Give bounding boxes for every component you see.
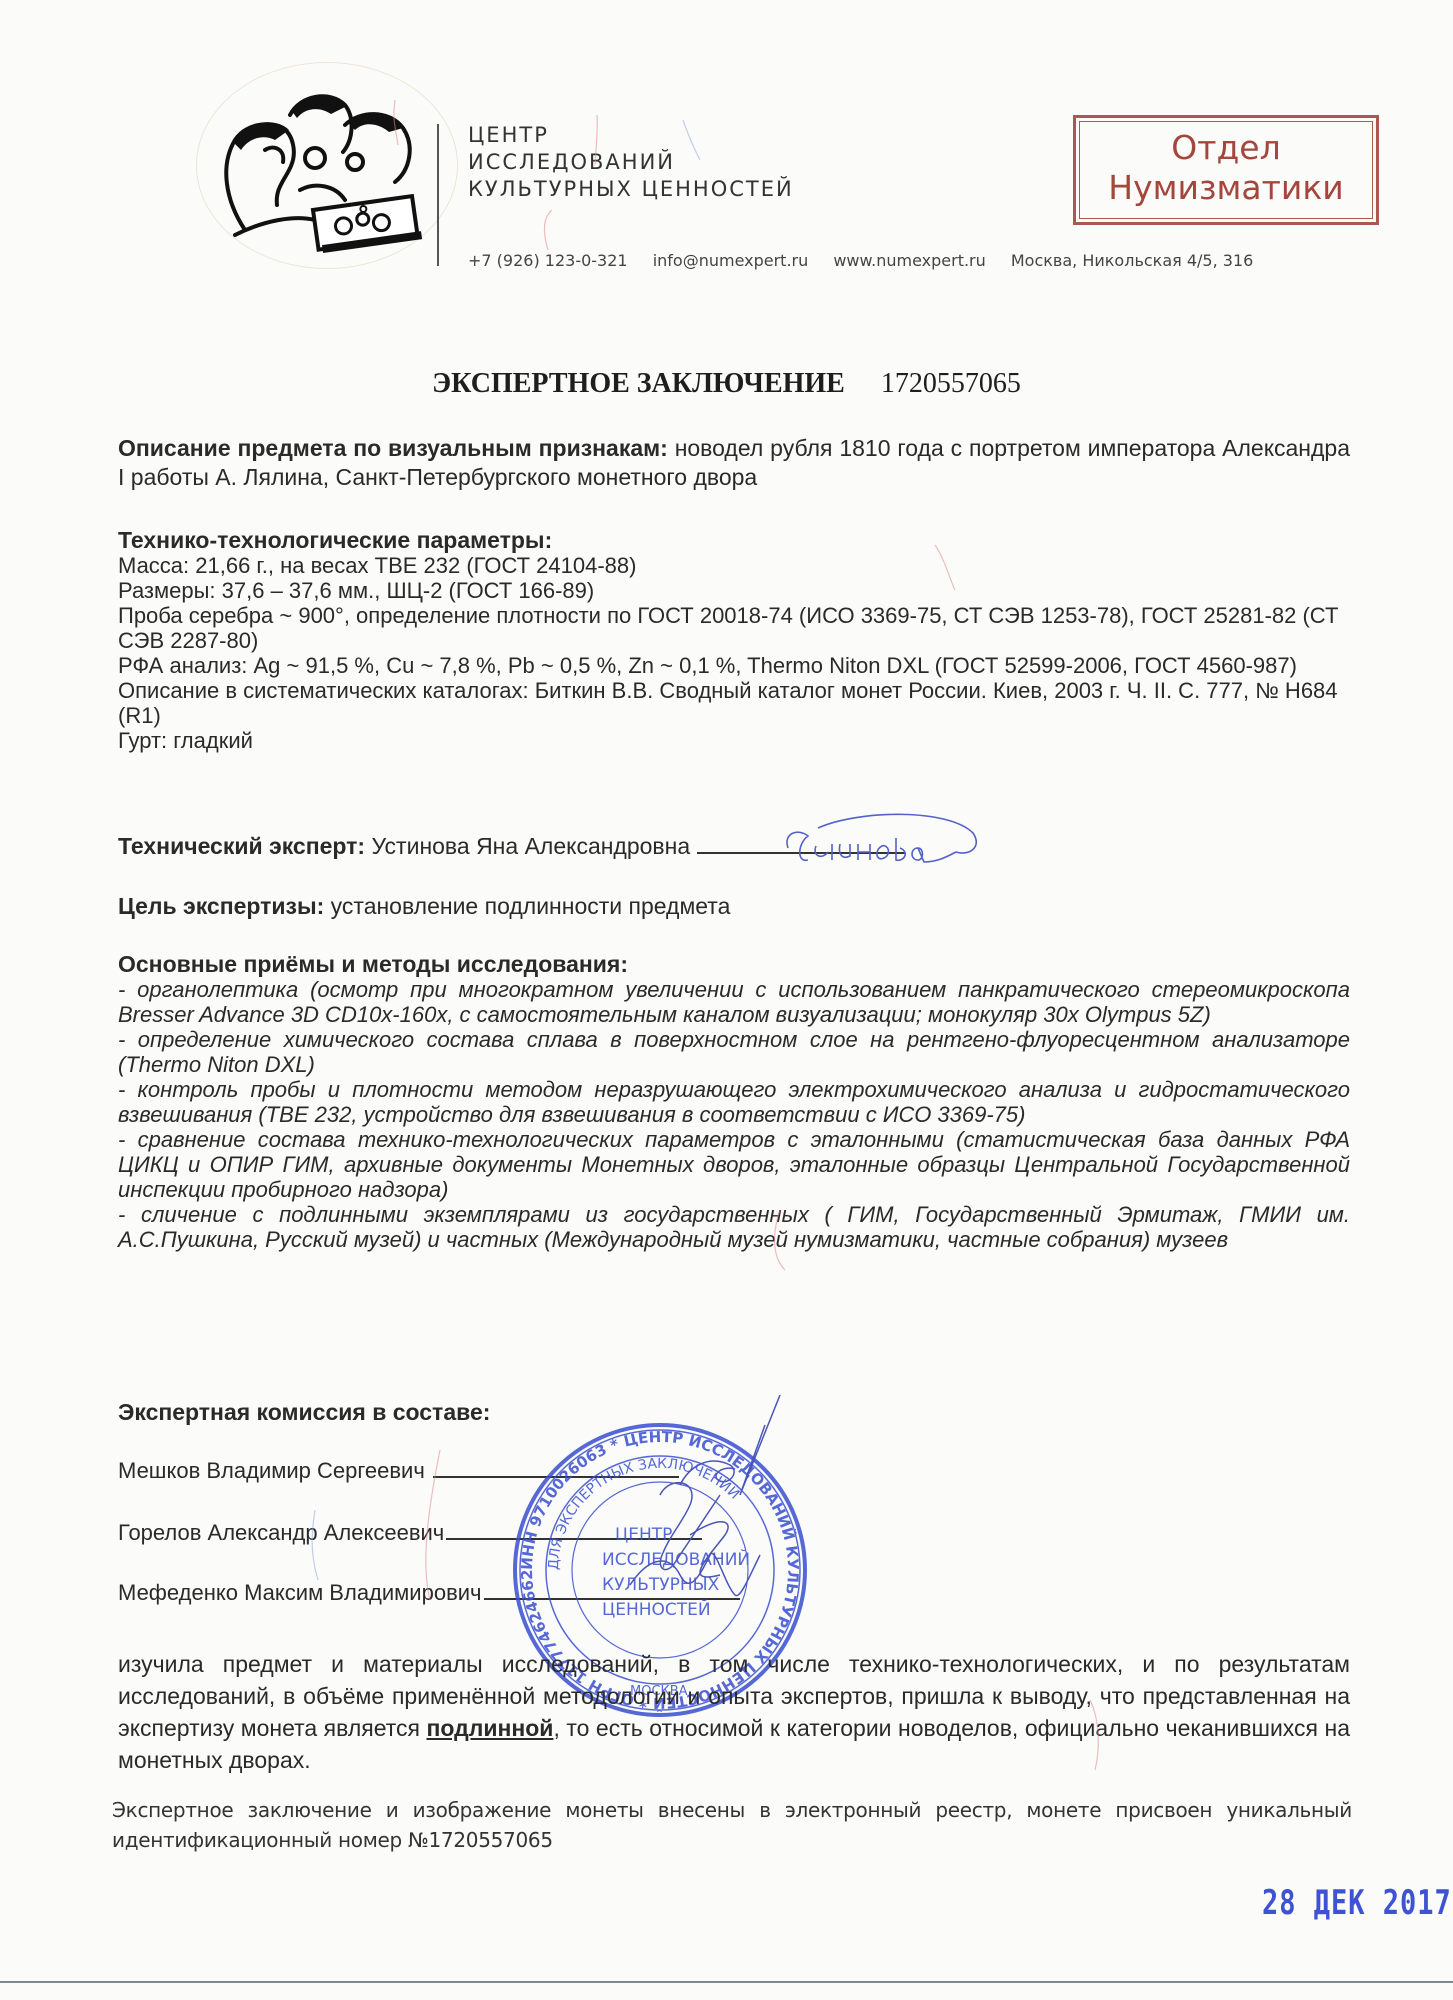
security-paper-fibers-icon <box>0 0 1453 2000</box>
